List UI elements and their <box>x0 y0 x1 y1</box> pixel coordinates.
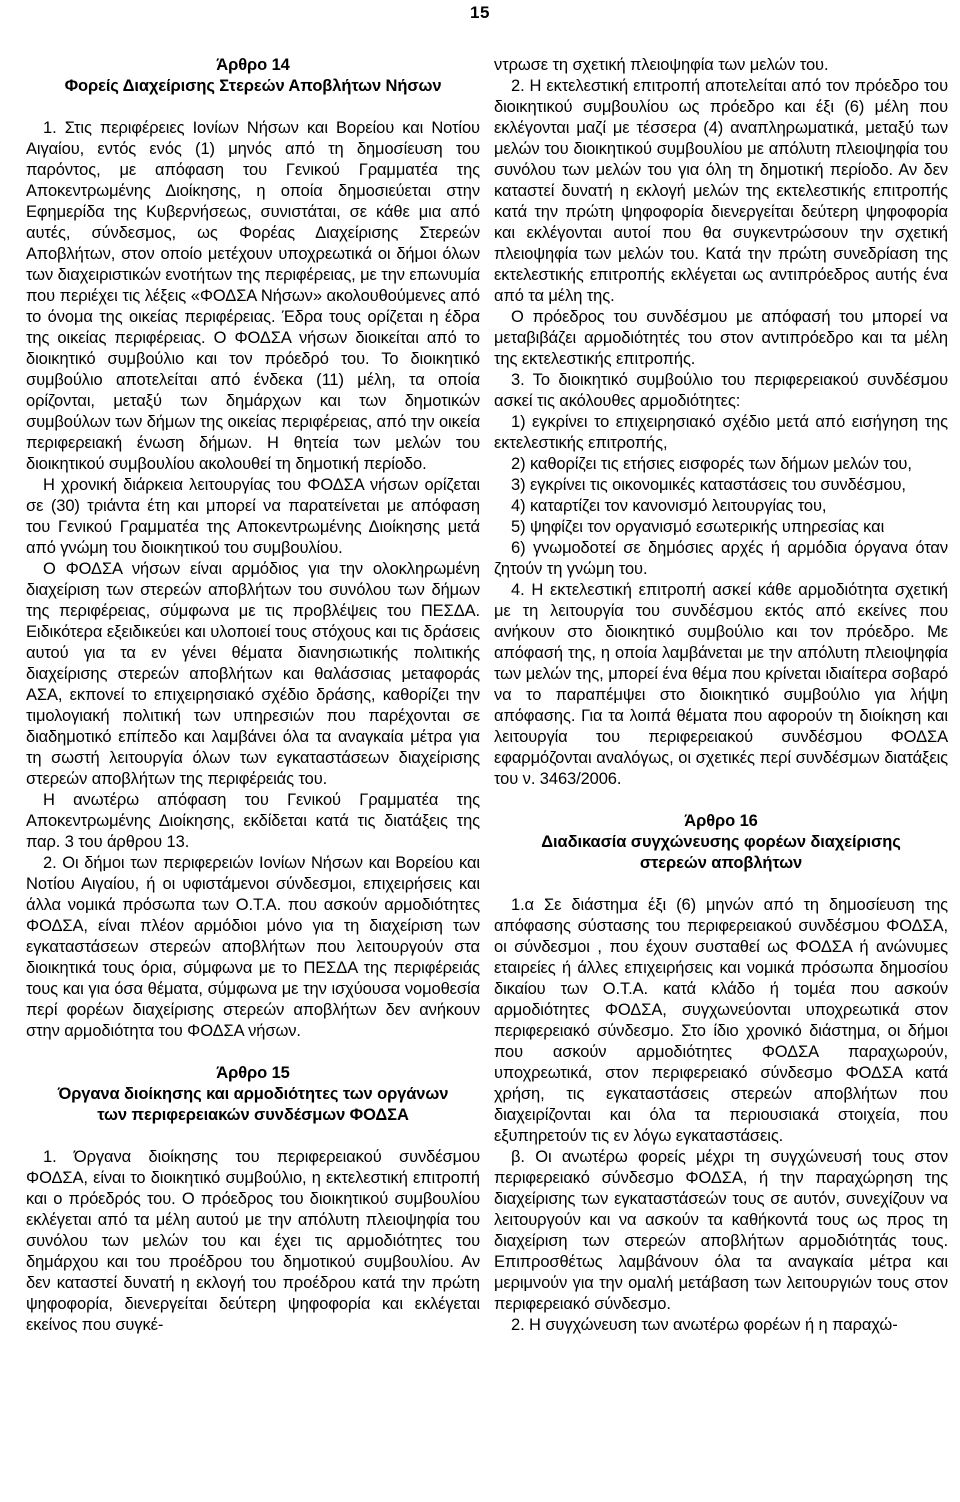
paragraph: 4. Η εκτελεστική επιτροπή ασκεί κάθε αρμ… <box>494 580 948 790</box>
paragraph: ντρωσε τη σχετική πλειοψηφία των μελών τ… <box>494 55 948 76</box>
paragraph: 3) εγκρίνει τις οικονομικές καταστάσεις … <box>494 475 948 496</box>
paragraph: 1) εγκρίνει το επιχειρησιακό σχέδιο μετά… <box>494 412 948 454</box>
paragraph: 2. Οι δήμοι των περιφερειών Ιονίων Νήσων… <box>26 853 480 1042</box>
heading-line: Φορείς Διαχείρισης Στερεών Αποβλήτων Νήσ… <box>26 76 480 97</box>
article-heading: Άρθρο 15Όργανα διοίκησης και αρμοδιότητε… <box>26 1063 480 1126</box>
paragraph: 5) ψηφίζει τον οργανισμό εσωτερικής υπηρ… <box>494 517 948 538</box>
heading-line: Άρθρο 15 <box>26 1063 480 1084</box>
paragraph: Η ανωτέρω απόφαση του Γενικού Γραμματέα … <box>26 790 480 853</box>
heading-line: Όργανα διοίκησης και αρμοδιότητες των ορ… <box>26 1084 480 1105</box>
heading-line: των περιφερειακών συνδέσμων ΦΟΔΣΑ <box>26 1105 480 1126</box>
heading-line: Άρθρο 16 <box>494 811 948 832</box>
paragraph: Ο ΦΟΔΣΑ νήσων είναι αρμόδιος για την ολο… <box>26 559 480 790</box>
page-number: 15 <box>0 3 960 23</box>
paragraph: 3. Το διοικητικό συμβούλιο του περιφερει… <box>494 370 948 412</box>
paragraph: 4) καταρτίζει τον κανονισμό λειτουργίας … <box>494 496 948 517</box>
paragraph: 2) καθορίζει τις ετήσιες εισφορές των δή… <box>494 454 948 475</box>
paragraph: 2. Η συγχώνευση των ανωτέρω φορέων ή η π… <box>494 1315 948 1336</box>
article-heading: Άρθρο 16Διαδικασία συγχώνευσης φορέων δι… <box>494 811 948 874</box>
paragraph: Η χρονική διάρκεια λειτουργίας του ΦΟΔΣΑ… <box>26 475 480 559</box>
paragraph: β. Οι ανωτέρω φορείς μέχρι τη συγχώνευσή… <box>494 1147 948 1315</box>
paragraph: 1. Στις περιφέρειες Ιονίων Νήσων και Βορ… <box>26 118 480 475</box>
paragraph: 1.α Σε διάστημα έξι (6) μηνών από τη δημ… <box>494 895 948 1147</box>
article-heading: Άρθρο 14Φορείς Διαχείρισης Στερεών Αποβλ… <box>26 55 480 97</box>
paragraph: Ο πρόεδρος του συνδέσμου με απόφασή του … <box>494 307 948 370</box>
heading-line: Διαδικασία συγχώνευσης φορέων διαχείριση… <box>494 832 948 853</box>
document-page: 15 Άρθρο 14Φορείς Διαχείρισης Στερεών Απ… <box>0 0 960 1502</box>
two-column-layout: Άρθρο 14Φορείς Διαχείρισης Στερεών Αποβλ… <box>0 0 960 1336</box>
paragraph: 2. Η εκτελεστική επιτροπή αποτελείται απ… <box>494 76 948 307</box>
right-column: ντρωσε τη σχετική πλειοψηφία των μελών τ… <box>494 55 948 1336</box>
heading-line: στερεών αποβλήτων <box>494 853 948 874</box>
heading-line: Άρθρο 14 <box>26 55 480 76</box>
paragraph: 6) γνωμοδοτεί σε δημόσιες αρχές ή αρμόδι… <box>494 538 948 580</box>
left-column: Άρθρο 14Φορείς Διαχείρισης Στερεών Αποβλ… <box>26 55 480 1336</box>
paragraph: 1. Όργανα διοίκησης του περιφερειακού συ… <box>26 1147 480 1336</box>
